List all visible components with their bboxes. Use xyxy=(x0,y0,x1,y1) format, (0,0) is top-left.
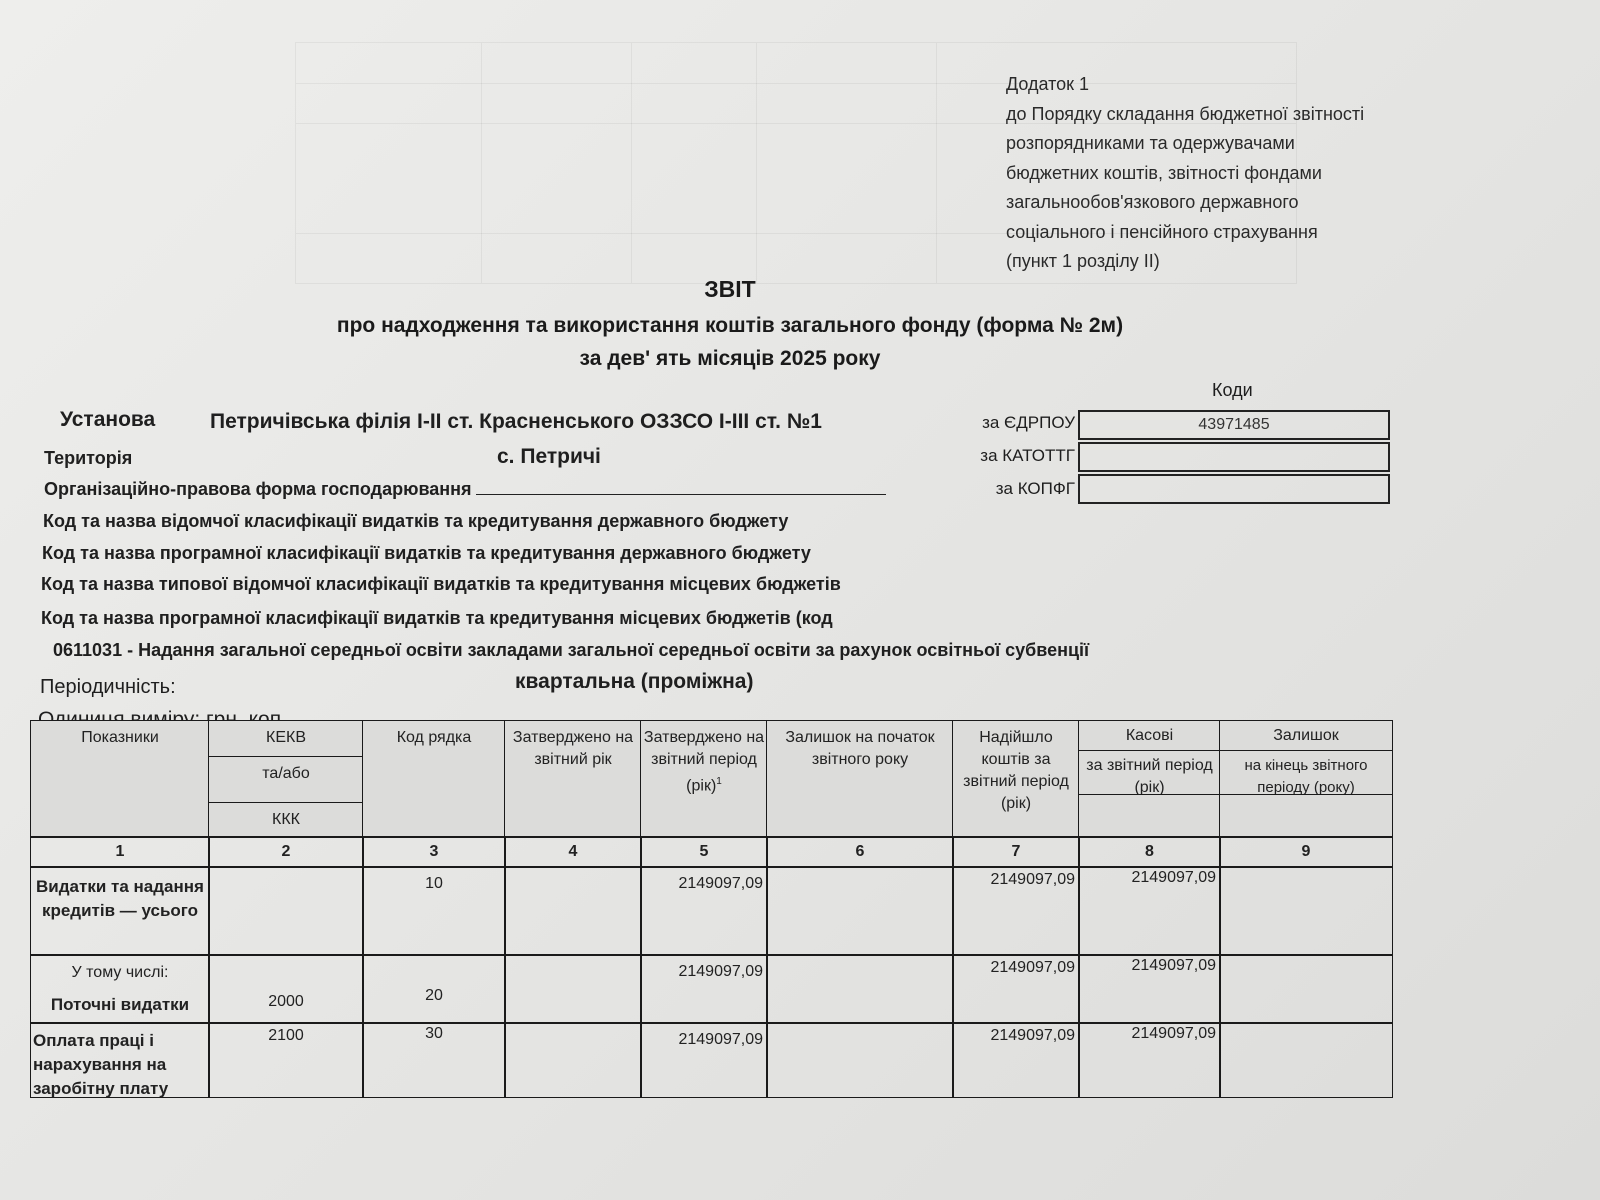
row-c9 xyxy=(1219,1022,1393,1098)
col-number: 6 xyxy=(766,836,954,868)
row-c9 xyxy=(1219,866,1393,956)
row-label-group: У тому числі: Поточні видатки xyxy=(30,954,210,1024)
header-kkk: ККК xyxy=(208,802,364,838)
document-page: Додаток 1 до Порядку складання бюджетної… xyxy=(0,0,1600,1200)
col-number: 2 xyxy=(208,836,364,868)
code-box-kopfg xyxy=(1078,474,1390,504)
col-number: 9 xyxy=(1219,836,1393,868)
title-main: ЗВІТ xyxy=(230,276,1230,303)
row-c8: 2149097,09 xyxy=(1078,866,1221,956)
row-kekv xyxy=(208,866,364,956)
col-number: 7 xyxy=(952,836,1080,868)
org-form-label: Організаційно-правова форма господарюван… xyxy=(44,479,472,499)
program-line: 0611031 - Надання загальної середньої ос… xyxy=(53,640,1089,661)
row-c7: 2149097,09 xyxy=(952,954,1080,1024)
row-c7: 2149097,09 xyxy=(952,1022,1080,1098)
row-c4 xyxy=(504,954,642,1024)
annex-line: соціального і пенсійного страхування xyxy=(1006,218,1426,248)
row-label: Поточні видатки xyxy=(31,993,209,1017)
row-c5: 2149097,09 xyxy=(640,954,768,1024)
title-line2: за дев' ять місяців 2025 року xyxy=(230,342,1230,375)
code-box-edrpou: 43971485 xyxy=(1078,410,1390,440)
class-line: Код та назва програмної класифікації вид… xyxy=(42,543,811,564)
header-cash-period: за звітний період (рік) xyxy=(1078,750,1221,796)
class-line: Код та назва відомчої класифікації видат… xyxy=(43,511,788,532)
header-balance-empty xyxy=(1219,794,1393,838)
header-balance: Залишок xyxy=(1219,720,1393,752)
annex-line: (пункт 1 розділу ІІ) xyxy=(1006,247,1426,277)
row-c4 xyxy=(504,866,642,956)
annex-line: бюджетних коштів, звітності фондами xyxy=(1006,159,1426,189)
row-c8: 2149097,09 xyxy=(1078,954,1221,1024)
org-form-line: Організаційно-правова форма господарюван… xyxy=(44,478,886,500)
title-line1: про надходження та використання коштів з… xyxy=(230,309,1230,342)
annex-line: Додаток 1 xyxy=(1006,70,1426,100)
class-line: Код та назва типової відомчої класифікац… xyxy=(41,574,841,595)
col-number: 4 xyxy=(504,836,642,868)
institution-label: Установа xyxy=(60,408,155,432)
periodicity-label: Періодичність: xyxy=(40,676,176,699)
annex-line: до Порядку складання бюджетної звітності xyxy=(1006,100,1426,130)
code-label-edrpou: за ЄДРПОУ xyxy=(945,413,1075,433)
row-c4 xyxy=(504,1022,642,1098)
header-approved-year: Затверджено на звітний рік xyxy=(504,720,642,838)
code-box-katottg xyxy=(1078,442,1390,472)
row-c8: 2149097,09 xyxy=(1078,1022,1221,1098)
row-code: 20 xyxy=(362,954,506,1024)
col-number: 5 xyxy=(640,836,768,868)
row-code: 10 xyxy=(362,866,506,956)
row-c7: 2149097,09 xyxy=(952,866,1080,956)
codes-title: Коди xyxy=(1212,380,1253,401)
header-balance-end: на кінець звітного періоду (року) xyxy=(1219,750,1393,796)
row-kekv: 2100 xyxy=(208,1022,364,1098)
row-code: 30 xyxy=(362,1022,506,1098)
row-label: Видатки та надання кредитів — усього xyxy=(30,866,210,956)
header-kekv: КЕКВ xyxy=(208,720,364,758)
row-c6 xyxy=(766,1022,954,1098)
header-row-code: Код рядка xyxy=(362,720,506,838)
row-c9 xyxy=(1219,954,1393,1024)
header-cash-empty xyxy=(1078,794,1221,838)
row-c6 xyxy=(766,954,954,1024)
class-line: Код та назва програмної класифікації вид… xyxy=(41,608,833,629)
territory-value: с. Петричі xyxy=(497,445,601,469)
header-balance-start: Залишок на початок звітного року xyxy=(766,720,954,838)
row-kekv: 2000 xyxy=(208,954,364,1024)
report-title: ЗВІТ про надходження та використання кош… xyxy=(230,276,1230,375)
col-number: 8 xyxy=(1078,836,1221,868)
col-number: 3 xyxy=(362,836,506,868)
header-kekv-or: та/або xyxy=(208,756,364,804)
row-label: Оплата праці і нарахування на заробітну … xyxy=(30,1022,210,1098)
code-label-kopfg: за КОПФГ xyxy=(945,479,1075,499)
periodicity-value: квартальна (проміжна) xyxy=(515,670,753,694)
code-label-katottg: за КАТОТТГ xyxy=(945,446,1075,466)
header-received: Надійшло коштів за звітний період (рік) xyxy=(952,720,1080,838)
annex-line: загальнообов'язкового державного xyxy=(1006,188,1426,218)
header-indicators: Показники xyxy=(30,720,210,838)
annex-note: Додаток 1 до Порядку складання бюджетної… xyxy=(1006,70,1426,277)
col-number: 1 xyxy=(30,836,210,868)
territory-label: Територія xyxy=(44,448,132,469)
row-c5: 2149097,09 xyxy=(640,1022,768,1098)
org-form-blank xyxy=(476,478,886,495)
annex-line: розпорядниками та одержувачами xyxy=(1006,129,1426,159)
header-approved-period: Затверджено на звітний період (рік)1 xyxy=(640,720,768,838)
institution-value: Петричівська філія І-ІІ ст. Красненськог… xyxy=(210,410,822,434)
row-label-pre: У тому числі: xyxy=(31,961,209,985)
row-c5: 2149097,09 xyxy=(640,866,768,956)
header-cash: Касові xyxy=(1078,720,1221,752)
row-c6 xyxy=(766,866,954,956)
